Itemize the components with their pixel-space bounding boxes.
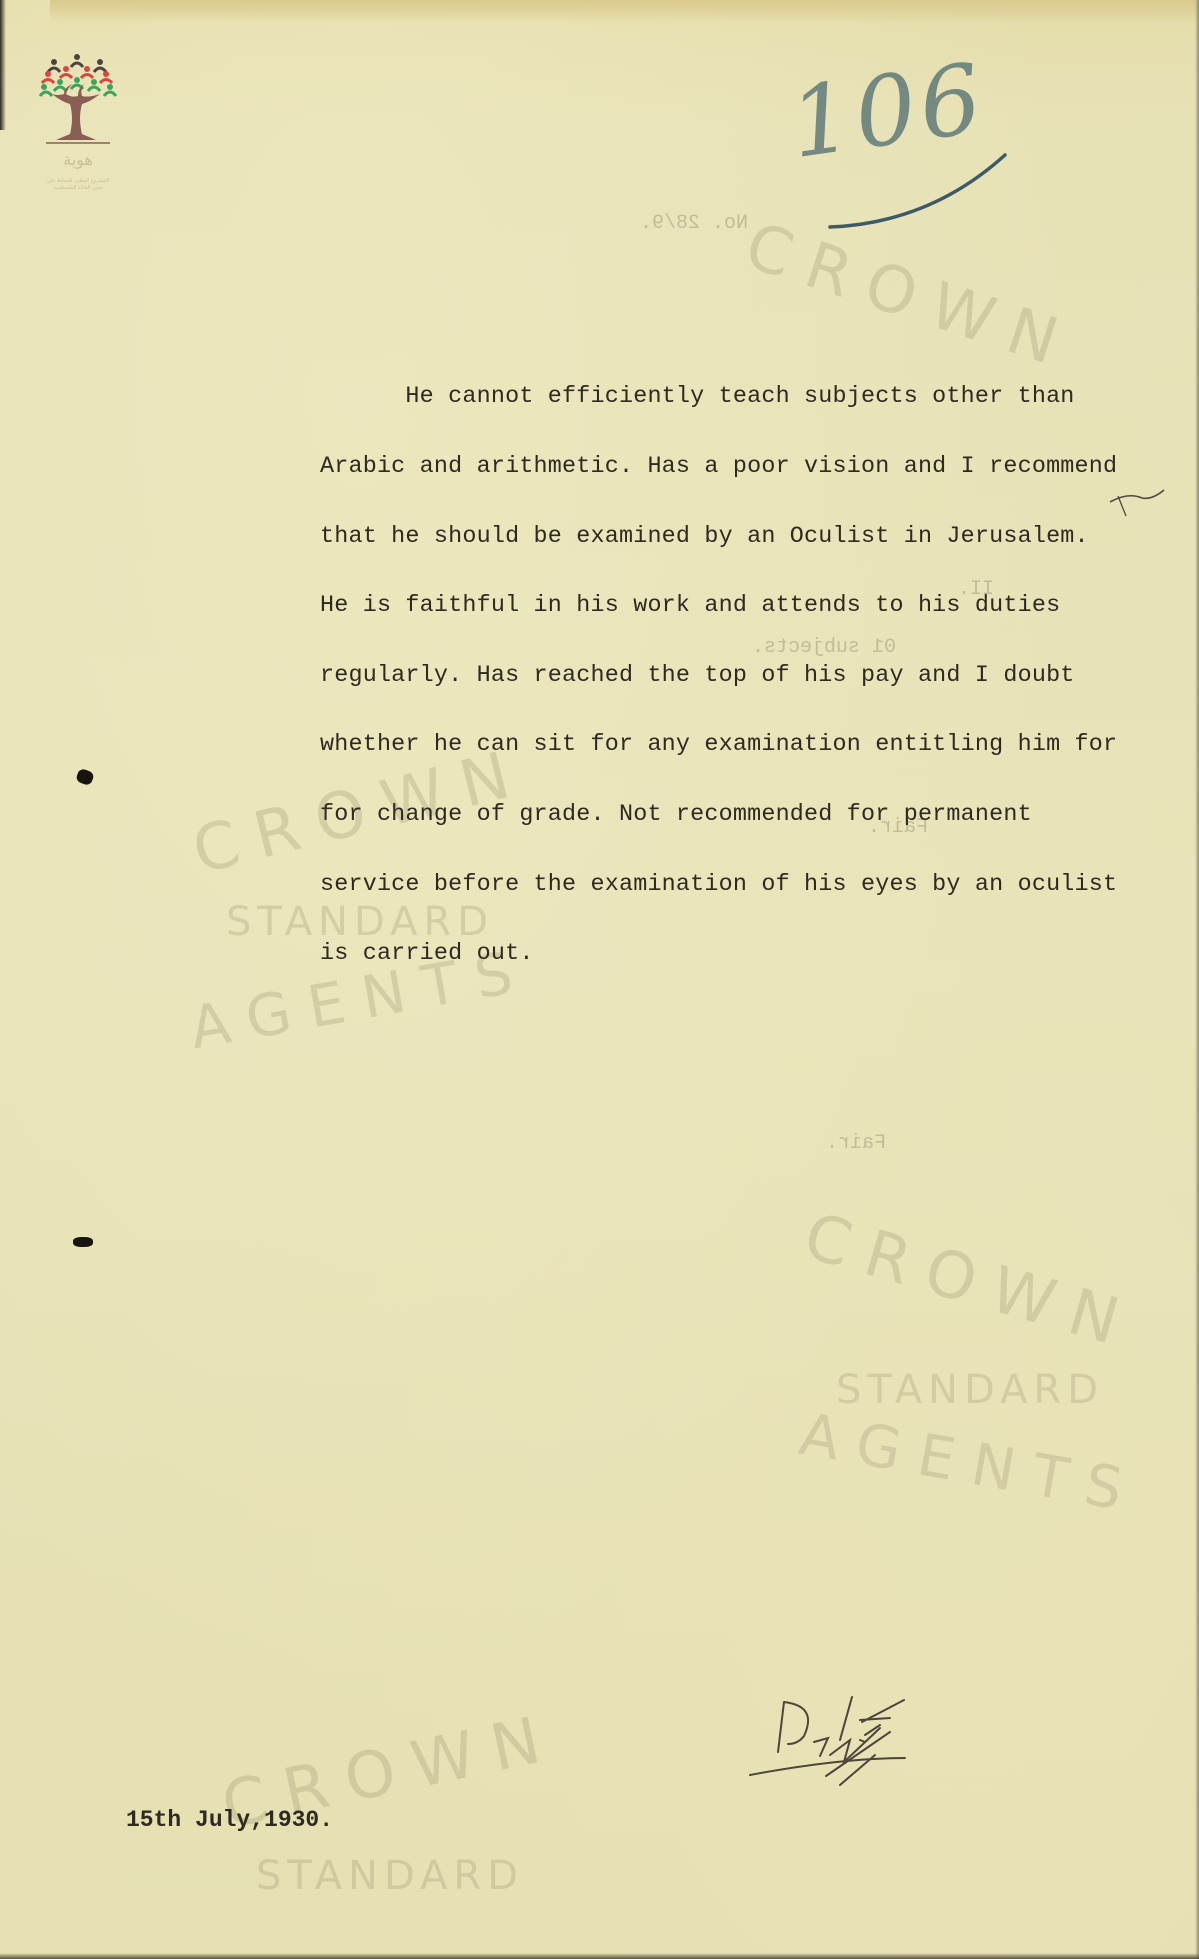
archive-logo-caption-line1: المشروع الوطني للحفاظ على bbox=[32, 178, 124, 185]
page-left-edge-shadow bbox=[0, 0, 6, 130]
page-top-edge bbox=[50, 0, 1199, 24]
page-right-edge bbox=[1195, 0, 1199, 1959]
report-line: that he should be examined by an Oculist… bbox=[320, 526, 1180, 549]
watermark-standard: STANDARD bbox=[200, 1853, 580, 1899]
archive-logo-caption-line2: جذور العائلة الفلسطينية bbox=[32, 185, 124, 192]
watermark-agents: AGENTS bbox=[777, 1397, 1163, 1530]
folio-underline-stroke bbox=[790, 55, 1020, 235]
signature-text: D/F bbox=[850, 1721, 852, 1723]
document-date: 15th July,1930. bbox=[126, 1807, 333, 1833]
punch-hole bbox=[73, 1237, 93, 1247]
archive-logo-wordmark: هوية bbox=[38, 150, 118, 169]
watermark-standard: STANDARD bbox=[780, 1367, 1160, 1413]
family-tree-icon bbox=[38, 50, 118, 150]
watermark-crown: CROWN bbox=[777, 1194, 1163, 1370]
report-body: He cannot efficiently teach subjects oth… bbox=[320, 340, 1180, 1013]
signature-strokes: D/F bbox=[740, 1670, 960, 1800]
report-line: regularly. Has reached the top of his pa… bbox=[320, 665, 1180, 688]
paper-watermark: CROWN STANDARD AGENTS bbox=[780, 1245, 1160, 1497]
report-line: service before the examination of his ey… bbox=[320, 874, 1180, 897]
paper-watermark: CROWN bbox=[700, 260, 1120, 334]
archive-logo: هوية المشروع الوطني للحفاظ على جذور العا… bbox=[38, 50, 118, 210]
report-line: He cannot efficiently teach subjects oth… bbox=[320, 386, 1180, 409]
bleed-through-text: No. 28/9. bbox=[640, 212, 748, 235]
report-line: He is faithful in his work and attends t… bbox=[320, 595, 1180, 618]
handwritten-strike-mark bbox=[1108, 484, 1168, 524]
bleed-through-text: Fair. bbox=[826, 1132, 886, 1155]
page-bottom-edge bbox=[0, 1953, 1199, 1959]
punch-hole bbox=[75, 768, 95, 787]
signature-initials: D/F bbox=[740, 1670, 960, 1800]
document-page: هوية المشروع الوطني للحفاظ على جذور العا… bbox=[0, 0, 1199, 1959]
archive-logo-caption: المشروع الوطني للحفاظ على جذور العائلة ا… bbox=[32, 178, 124, 192]
folio-number: 106 bbox=[790, 55, 1020, 235]
report-line: is carried out. bbox=[320, 943, 1180, 966]
report-line: for change of grade. Not recommended for… bbox=[320, 804, 1180, 827]
report-line: Arabic and arithmetic. Has a poor vision… bbox=[320, 456, 1180, 479]
report-line: whether he can sit for any examination e… bbox=[320, 734, 1180, 757]
